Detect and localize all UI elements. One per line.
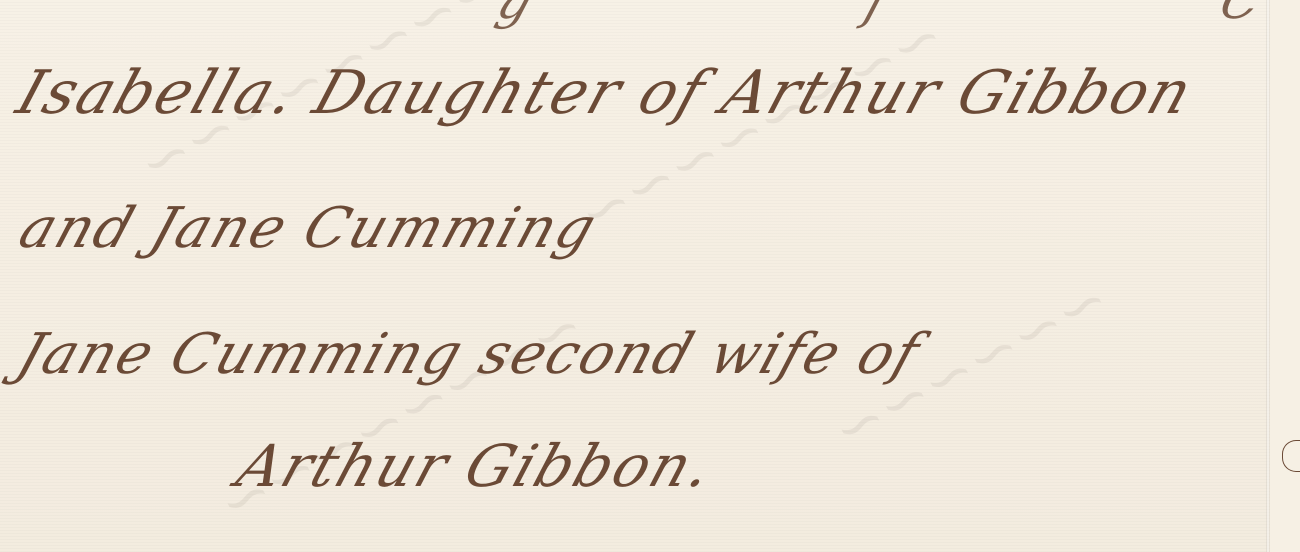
scanned-page: ~~~~~~~~ ~~~~~~~~ ~~~~~~~~ ~~~~~~ g f C … [0,0,1300,552]
adjacent-page-ink-stroke [1282,440,1300,472]
handwritten-line-3: Jane Cumming second wife of [9,322,928,387]
handwritten-line-2: and Jane Cumming [11,196,605,261]
handwritten-line-1: Isabella. Daughter of Arthur Gibbon [9,58,1202,128]
partial-top-line: g f C [491,0,1300,30]
handwritten-line-4: Arthur Gibbon. [229,432,723,500]
